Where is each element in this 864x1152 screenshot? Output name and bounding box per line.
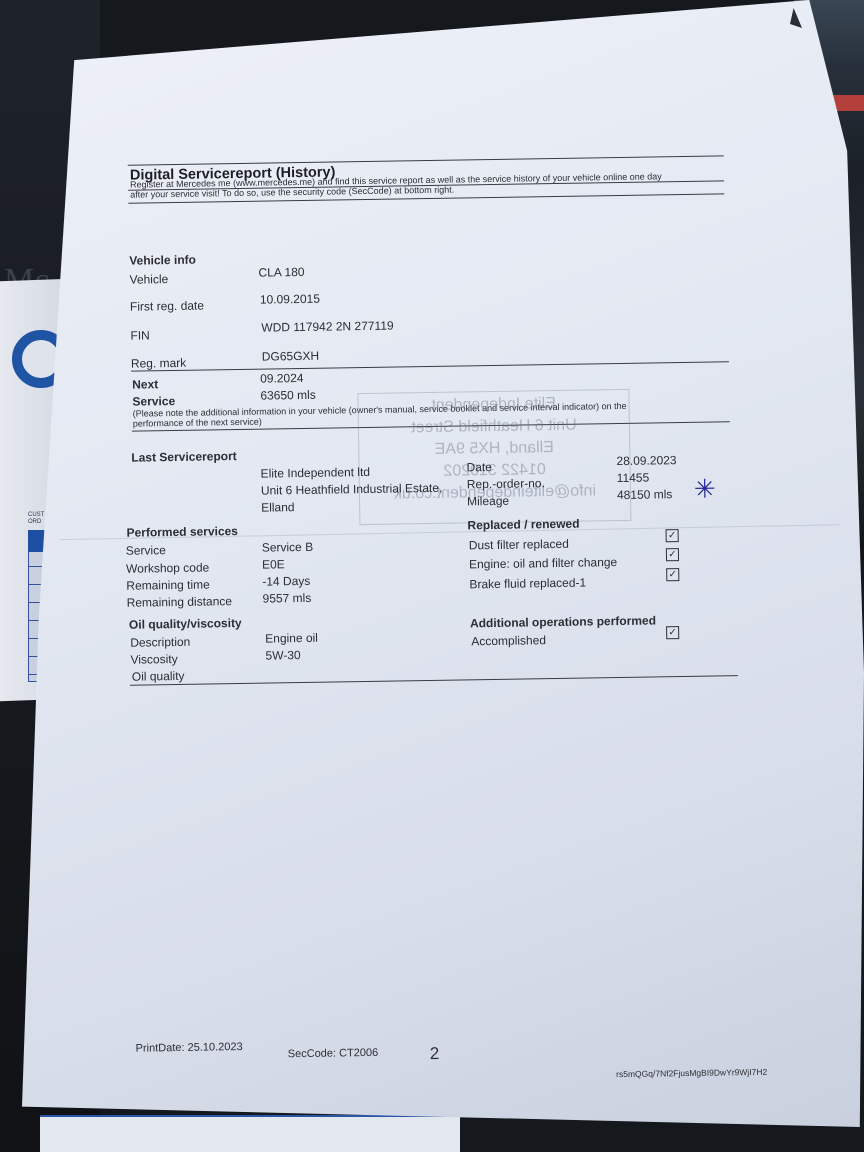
service-value: Service B [262,540,314,555]
reg-mark-rule [131,361,729,371]
verification-hash: rs5mQGq/7Nf2FjusMgBI9DwYr9WjI7H2 [616,1067,767,1079]
checkbox-dust-filter: ✓ [666,529,679,542]
reg-mark-value: DG65GXH [262,349,320,364]
remaining-distance-value: 9557 mls [262,591,311,606]
reg-mark-label: Reg. mark [131,356,187,371]
rep-order-label: Rep.-order-no. [467,476,545,491]
viscosity-value: 5W-30 [265,648,300,663]
oil-heading: Oil quality/viscosity [129,616,242,632]
vehicle-info-heading: Vehicle info [129,253,196,268]
first-reg-date-value: 10.09.2015 [260,292,320,307]
additional-ops-heading: Additional operations performed [470,613,656,630]
service-report-content: Digital Servicereport (History) Register… [0,0,864,1152]
checkbox-oil-filter: ✓ [666,548,679,561]
print-date: PrintDate: 25.10.2023 [136,1041,243,1055]
workshop-name: Elite Independent ltd [261,465,371,481]
next-service-distance: 63650 mls [260,388,316,403]
additional-ops-accomplished: Accomplished [471,633,546,648]
fin-label: FIN [130,328,150,342]
page-number: 2 [430,1044,440,1064]
remaining-time-label: Remaining time [126,577,210,592]
pen-mark-icon: ✳ [694,476,716,502]
replaced-item-dust-filter: Dust filter replaced [469,537,569,553]
date-value: 28.09.2023 [616,453,676,468]
next-service-date: 09.2024 [260,371,304,386]
viscosity-label: Viscosity [130,652,177,667]
first-reg-date-label: First reg. date [130,299,204,314]
oil-description-label: Description [130,635,190,650]
remaining-time-value: -14 Days [262,574,310,589]
vehicle-value: CLA 180 [258,265,304,280]
workshop-address-line2: Elland [261,500,295,515]
checkbox-accomplished: ✓ [666,626,679,639]
replaced-heading: Replaced / renewed [467,517,579,533]
workshop-address-line1: Unit 6 Heathfield Industrial Estate, [261,481,443,498]
sec-code: SecCode: CT2006 [288,1047,379,1060]
checkbox-brake-fluid: ✓ [666,568,679,581]
title-rule [128,155,724,165]
oil-rule [130,675,738,686]
rep-order-value: 11455 [617,471,650,486]
replaced-item-oil-filter: Engine: oil and filter change [469,555,617,571]
remaining-distance-label: Remaining distance [127,594,233,610]
last-servicereport-heading: Last Servicereport [131,449,237,465]
next-service-note-line2: performance of the next service) [133,417,262,429]
next-service-label-line1: Next [132,377,158,391]
mileage-value: 48150 mls [617,487,673,502]
service-label: Service [126,543,166,558]
workshop-code-label: Workshop code [126,560,209,575]
oil-quality-label: Oil quality [132,669,185,684]
performed-services-heading: Performed services [126,524,238,540]
oil-description-value: Engine oil [265,631,318,646]
workshop-code-value: E0E [262,557,285,571]
fin-value: WDD 117942 2N 277119 [261,319,394,335]
next-service-label-line2: Service [132,394,175,409]
mileage-label: Mileage [467,494,509,509]
vehicle-label: Vehicle [129,272,168,287]
date-label: Date [466,460,492,474]
replaced-item-brake-fluid: Brake fluid replaced-1 [469,576,586,592]
